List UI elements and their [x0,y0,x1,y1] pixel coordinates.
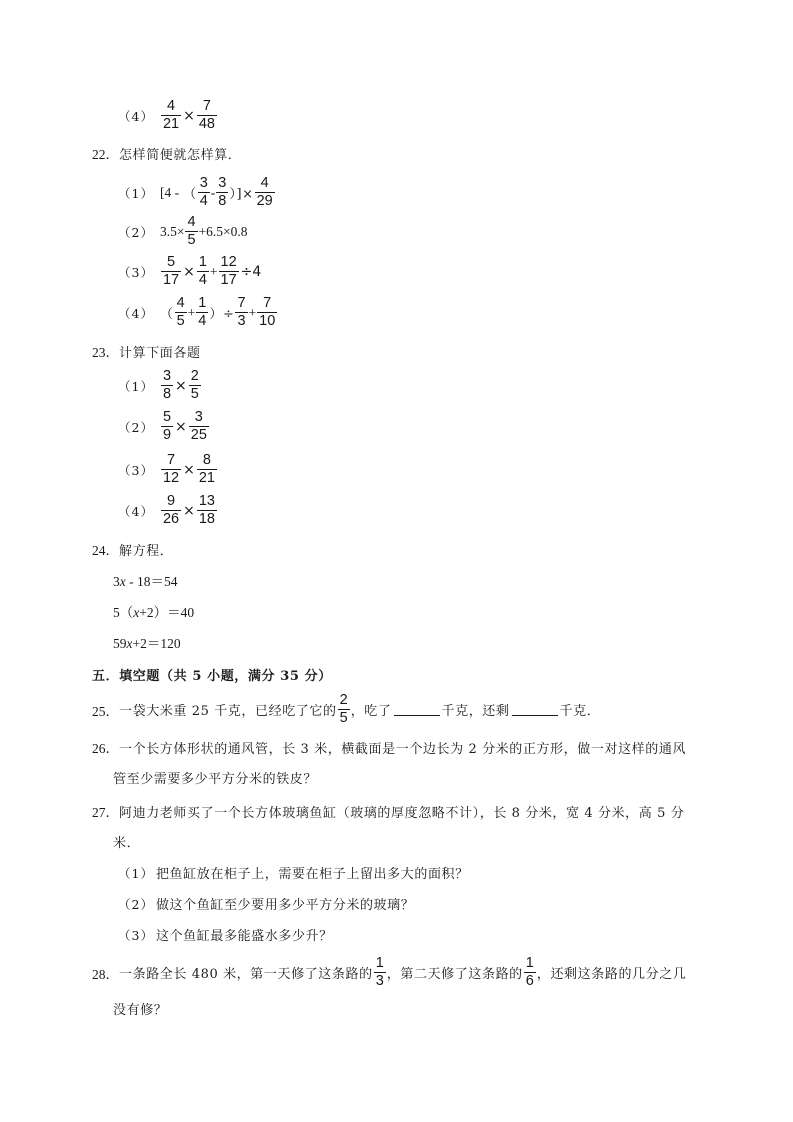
q23-heading: 23． 计算下面各题 [92,341,201,361]
equation-3: 59x+2＝120 [113,632,181,652]
question-text: 一个长方体形状的通风管，长 3 米，横截面是一个边长为 2 分米的正方形，做一对… [119,738,686,757]
question-text: ，第二天修了这条路的 [387,963,523,982]
q23-item-1: （1） 38 × 25 [118,368,202,403]
sub-question-text: 做这个鱼缸至少要用多少平方分米的玻璃？ [156,894,414,913]
expr-text: （ [183,183,197,202]
fraction: 59 [161,409,173,444]
equation-2: 5（x+2）＝40 [113,601,194,621]
question-text: 一袋大米重 25 千克，已经吃了它的 [119,700,337,719]
fraction: 421 [161,98,181,133]
expr-text: ÷4 [241,264,262,280]
fraction: 14 [197,254,209,289]
q25: 25． 一袋大米重 25 千克，已经吃了它的 25 ，吃了 千克，还剩 千克． [92,692,600,727]
item-label: （1） [118,377,154,395]
q22-item-3: （3） 517 × 14 + 1217 ÷4 [118,254,262,289]
q23-item-2: （2） 59 × 325 [118,409,210,444]
question-number: 24． [92,539,119,559]
fraction: 429 [255,175,275,210]
expr-text: - [211,185,216,201]
q27-sub-2: （2） 做这个鱼缸至少要用多少平方分米的玻璃？ [118,894,414,913]
q26-line-1: 26． 一个长方体形状的通风管，长 3 米，横截面是一个边长为 2 分米的正方形… [92,737,686,757]
fraction: 13 [374,955,386,990]
question-text: ，吃了 [351,700,392,719]
question-text: 千克，还剩 [442,700,510,719]
operator: × [183,503,195,519]
question-title: 解方程． [119,540,173,559]
question-number: 28． [92,963,119,983]
expr-text: ）]× [229,183,253,202]
item-label: （4） [118,502,154,520]
fraction: 38 [216,175,228,210]
q28-line-1: 28． 一条路全长 480 米，第一天修了这条路的 13 ，第二天修了这条路的 … [92,955,686,990]
question-text: 一条路全长 480 米，第一天修了这条路的 [119,963,373,982]
q27-sub-3: （3） 这个鱼缸最多能盛水多少升？ [118,925,333,944]
fraction: 712 [161,452,181,487]
question-text: 千克． [560,700,601,719]
fraction: 325 [189,409,209,444]
fraction: 710 [257,295,277,330]
operator: + [188,305,196,321]
item-label: （4） [118,304,154,322]
fraction: 45 [185,214,197,249]
operator: × [183,462,195,478]
fraction: 821 [197,452,217,487]
question-number: 27． [92,801,119,821]
question-text: ，还剩这条路的几分之几 [537,963,687,982]
operator: × [175,378,187,394]
q27-line-1: 27． 阿迪力老师买了一个长方体玻璃鱼缸（玻璃的厚度忽略不计），长 8 分米，宽… [92,801,684,821]
operator: × [175,419,187,435]
expr-text: [4 - [160,185,179,201]
fraction: 25 [189,368,201,403]
expr-text: 3.5× [160,224,185,240]
question-title: 计算下面各题 [119,342,201,361]
q24-heading: 24． 解方程． [92,539,173,559]
answer-blank-2[interactable] [512,703,558,716]
fraction: 73 [235,295,247,330]
fraction: 926 [161,493,181,528]
section-heading: 五．填空题（共 5 小题，满分 35 分） [92,665,332,684]
q27-sub-1: （1） 把鱼缸放在柜子上，需要在柜子上留出多大的面积？ [118,863,469,882]
item-label: （2） [118,223,154,241]
item-label: （3） [118,926,154,944]
fraction: 14 [196,295,208,330]
expr-text: （ [160,303,174,322]
fraction: 1217 [219,254,239,289]
operator: + [210,264,218,280]
q22-item-2: （2） 3.5× 45 +6.5×0.8 [118,214,248,249]
operator: × [183,264,195,280]
item-label: （3） [118,263,154,281]
question-text: 阿迪力老师买了一个长方体玻璃鱼缸（玻璃的厚度忽略不计），长 8 分米，宽 4 分… [119,802,684,821]
fraction: 34 [198,175,210,210]
fraction: 748 [197,98,217,133]
q22-item-1: （1） [4 - （ 34 - 38 ）]× 429 [118,175,276,210]
q27-line-2: 米． [113,832,140,851]
item-label: （4） [118,107,154,125]
question-title: 怎样简便就怎样算． [119,144,241,163]
question-number: 26． [92,737,119,757]
q21-item-4: （4） 421 × 748 [118,98,218,133]
question-number: 22． [92,143,119,163]
equation-1: 3x - 18＝54 [113,570,178,590]
fraction: 1318 [197,493,217,528]
fraction: 517 [161,254,181,289]
answer-blank-1[interactable] [394,703,440,716]
operator: × [183,108,195,124]
sub-question-text: 这个鱼缸最多能盛水多少升？ [156,925,333,944]
item-label: （2） [118,418,154,436]
item-label: （3） [118,461,154,479]
fraction: 38 [161,368,173,403]
item-label: （1） [118,864,154,882]
q26-line-2: 管至少需要多少平方分米的铁皮？ [113,768,317,787]
fraction: 16 [524,955,536,990]
sub-question-text: 把鱼缸放在柜子上，需要在柜子上留出多大的面积？ [156,863,469,882]
expr-text: +6.5×0.8 [199,224,248,240]
question-number: 25． [92,700,119,720]
item-label: （1） [118,184,154,202]
q23-item-4: （4） 926 × 1318 [118,493,218,528]
q28-line-2: 没有修？ [113,999,167,1018]
question-number: 23． [92,341,119,361]
fraction: 25 [338,692,350,727]
item-label: （2） [118,895,154,913]
operator: + [249,305,257,321]
expr-text: ）÷ [209,303,234,322]
q22-heading: 22． 怎样简便就怎样算． [92,143,241,163]
q23-item-3: （3） 712 × 821 [118,452,218,487]
fraction: 45 [175,295,187,330]
q22-item-4: （4） （ 45 + 14 ）÷ 73 + 710 [118,295,278,330]
